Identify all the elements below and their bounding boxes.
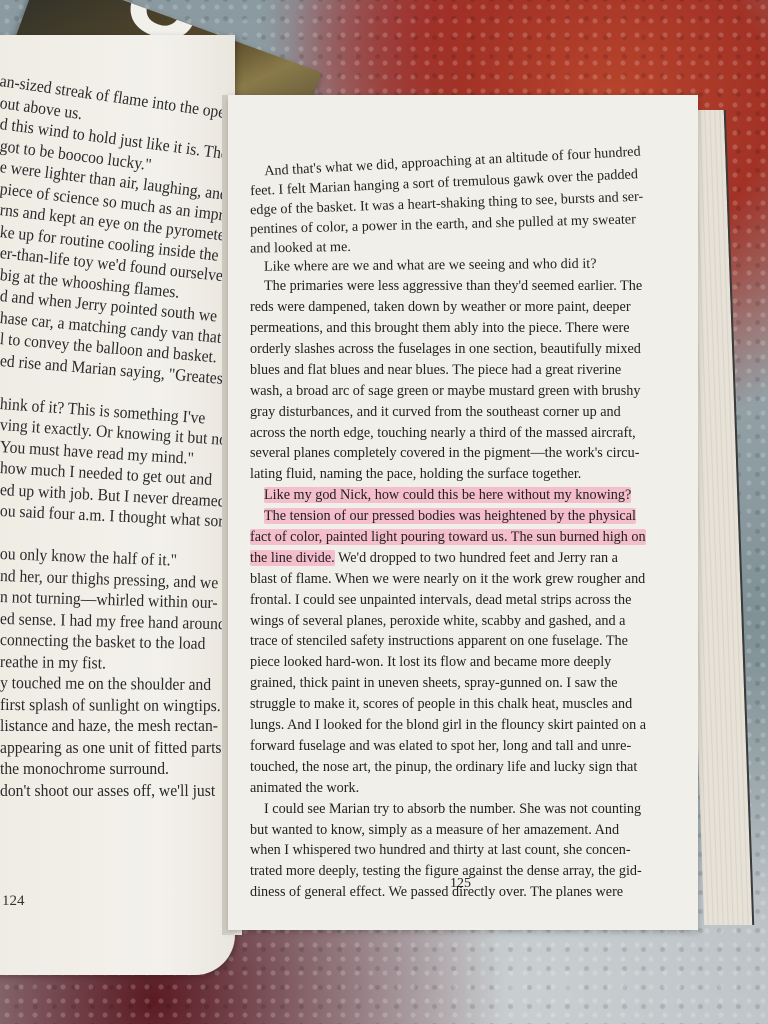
line-text: diness of general effect. We passed dire… [250, 884, 623, 900]
text-line: forward fuselage and was elated to spot … [250, 736, 670, 757]
text-line: frontal. I could see unpainted intervals… [250, 590, 670, 611]
line-text: touched, the nose art, the pinup, the or… [250, 759, 637, 775]
text-line: blues and flat blues and near blues. The… [250, 360, 670, 381]
line-text: struggle to make it, scores of people in… [250, 696, 632, 712]
line-text: The primaries were less aggressive than … [264, 278, 642, 294]
text-line: Like where are we and what are we seeing… [250, 254, 670, 279]
text-line: permeations, and this brought them ably … [250, 318, 670, 339]
line-text: orderly slashes across the fuselages in … [250, 341, 641, 357]
text-line: wash, a broad arc of sage green or maybe… [250, 381, 670, 402]
highlighted-line: The tension of our pressed bodies was he… [250, 506, 670, 527]
left-page: an-sized streak of flame into the openou… [0, 35, 235, 975]
line-text: reds were dampened, taken down by weathe… [250, 299, 631, 315]
line-text: blues and flat blues and near blues. The… [250, 362, 621, 378]
left-page-number: 124 [2, 893, 25, 910]
text-line: appearing as one unit of fitted parts, [0, 737, 213, 759]
line-text: grained, thick paint in uneven sheets, s… [250, 675, 618, 691]
highlighted-line: the line divide. We'd dropped to two hun… [250, 548, 670, 569]
line-text: piece looked hard-won. It lost its flow … [250, 654, 611, 670]
text-line: listance and haze, the mesh rectan- [0, 715, 213, 737]
line-text: Like where are we and what are we seeing… [264, 256, 597, 275]
text-line: grained, thick paint in uneven sheets, s… [250, 673, 670, 694]
highlight-span: The tension of our pressed bodies was he… [264, 508, 636, 524]
text-line: lungs. And I looked for the blond girl i… [250, 715, 670, 736]
text-line: y touched me on the shoulder and [0, 672, 214, 696]
text-line: I could see Marian try to absorb the num… [250, 799, 670, 820]
text-line: first splash of sunlight on wingtips. [0, 694, 213, 717]
line-text: lungs. And I looked for the blond girl i… [250, 717, 646, 733]
text-line: the monochrome surround. [0, 758, 213, 780]
right-page: And that's what we did, approaching at a… [228, 95, 698, 930]
line-text: lating fluid, naming the pace, holding t… [250, 466, 581, 482]
text-line: don't shoot our asses off, we'll just [0, 780, 213, 802]
line-text: across the north edge, touching nearly a… [250, 425, 636, 441]
text-line: animated the work. [250, 778, 670, 799]
line-text: blast of flame. When we were nearly on i… [250, 571, 645, 587]
line-text: several planes completely covered in the… [250, 445, 639, 461]
text-line: wings of several planes, peroxide white,… [250, 611, 670, 632]
highlight-span: fact of color, painted light pouring tow… [250, 529, 646, 545]
line-text: wings of several planes, peroxide white,… [250, 613, 625, 629]
right-page-number: 125 [450, 876, 471, 892]
highlighted-line: Like my god Nick, how could this be here… [250, 485, 670, 506]
left-page-text: an-sized streak of flame into the openou… [0, 70, 232, 801]
text-line: trace of stenciled safety instructions a… [250, 631, 670, 652]
line-text: frontal. I could see unpainted intervals… [250, 592, 631, 608]
text-line: lating fluid, naming the pace, holding t… [250, 464, 670, 485]
line-text: and looked at me. [250, 238, 351, 256]
text-line: struggle to make it, scores of people in… [250, 694, 670, 715]
text-line: several planes completely covered in the… [250, 443, 670, 464]
line-text: animated the work. [250, 780, 359, 796]
text-line: when I whispered two hundred and thirty … [250, 840, 670, 861]
line-text: permeations, and this brought them ably … [250, 320, 630, 336]
line-text: forward fuselage and was elated to spot … [250, 738, 631, 754]
highlight-span: the line divide. [250, 550, 335, 566]
highlight-span: Like my god Nick, how could this be here… [264, 487, 631, 503]
line-text: gray disturbances, and it curved from th… [250, 404, 621, 420]
text-line: piece looked hard-won. It lost its flow … [250, 652, 670, 673]
line-text: We'd dropped to two hundred feet and Jer… [335, 550, 618, 566]
text-line: touched, the nose art, the pinup, the or… [250, 757, 670, 778]
text-line: gray disturbances, and it curved from th… [250, 402, 670, 423]
right-page-text: And that's what we did, approaching at a… [250, 151, 670, 903]
text-line: but wanted to know, simply as a measure … [250, 820, 670, 841]
line-text: wash, a broad arc of sage green or maybe… [250, 383, 640, 399]
highlighted-line: fact of color, painted light pouring tow… [250, 527, 670, 548]
text-line: across the north edge, touching nearly a… [250, 423, 670, 444]
text-line: The primaries were less aggressive than … [250, 276, 670, 297]
text-line: blast of flame. When we were nearly on i… [250, 569, 670, 590]
line-text: when I whispered two hundred and thirty … [250, 842, 631, 858]
line-text: trace of stenciled safety instructions a… [250, 633, 628, 649]
line-text: but wanted to know, simply as a measure … [250, 822, 619, 838]
text-line: reds were dampened, taken down by weathe… [250, 297, 670, 318]
line-text: trated more deeply, testing the figure a… [250, 863, 642, 879]
line-text: I could see Marian try to absorb the num… [264, 801, 641, 817]
text-line: orderly slashes across the fuselages in … [250, 339, 670, 360]
